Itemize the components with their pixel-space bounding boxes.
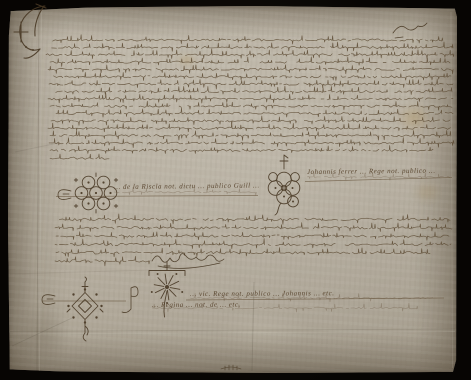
crease-line [451, 12, 453, 368]
top-flourish [393, 23, 427, 38]
row2-paraph [122, 287, 138, 313]
crease-line [10, 332, 455, 335]
notary-subscription2-caption-line2: … Regina … not. de … etc. [152, 301, 241, 309]
crease-line [15, 143, 58, 152]
crease-line [12, 318, 72, 346]
notary-subscription2-caption-line1: … vic. Rege not. publico … Johannis … et… [190, 289, 334, 298]
row2-paraph-left [42, 295, 55, 305]
subscription-rule [305, 178, 452, 182]
crease-line [40, 9, 42, 371]
notarial-sign-knot [268, 155, 300, 215]
notarial-sign-rosette [74, 173, 117, 213]
crease-line [10, 329, 455, 332]
crease-line [37, 9, 39, 371]
notary-subscription-caption-left: … de la Riscla not. dictu … publico Guil… [114, 181, 260, 191]
main-text-block [46, 35, 454, 160]
ink-artwork [0, 0, 471, 380]
clause-end-flourish [152, 254, 224, 269]
manuscript-photo: … de la Riscla not. dictu … publico Guil… [0, 0, 471, 380]
notary-subscription-caption-right: Johannis ferrer … Rege not. publico … [307, 167, 436, 176]
bottom-register-mark [221, 365, 241, 370]
row1-paraph [58, 190, 71, 200]
crease-line [10, 270, 150, 274]
clause-text-block [55, 214, 452, 266]
